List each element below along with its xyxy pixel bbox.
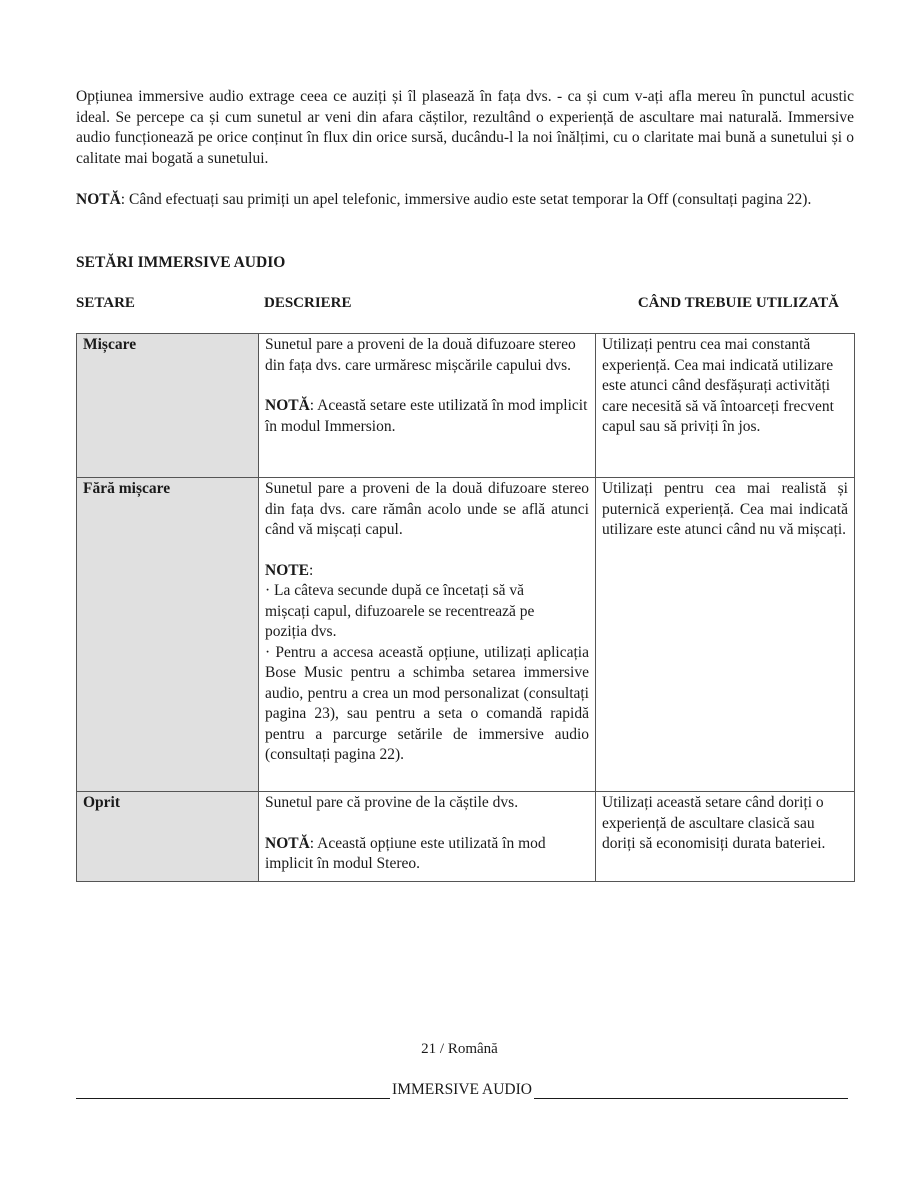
description-text: Sunetul pare a proveni de la două difuzo… [265, 335, 589, 376]
note-bullet: · La câteva secunde după ce încetați să … [265, 581, 589, 643]
table-row-off: Oprit Sunetul pare că provine de la cășt… [77, 792, 855, 882]
note-text: : Când efectuați sau primiți un apel tel… [121, 191, 812, 208]
setting-description: Sunetul pare că provine de la căștile dv… [259, 792, 596, 882]
setting-name: Mișcare [77, 334, 259, 478]
setting-when-to-use: Utilizați această setare când doriți o e… [596, 792, 855, 882]
footer-rule-left [76, 1084, 390, 1099]
note-bullet: · Pentru a accesa această opțiune, utili… [265, 643, 589, 766]
table-row-motion: Mișcare Sunetul pare a proveni de la dou… [77, 334, 855, 478]
note-label: NOTĂ [76, 191, 121, 208]
section-title: SETĂRI IMMERSIVE AUDIO [76, 253, 285, 273]
setting-description: Sunetul pare a proveni de la două difuzo… [259, 334, 596, 478]
description-note: NOTĂ: Această opțiune este utilizată în … [265, 834, 589, 875]
description-note-label: NOTĂ [265, 397, 310, 414]
page-number: 21 / Română [0, 1041, 919, 1058]
column-header-description: DESCRIERE [264, 293, 352, 313]
table-row-no-motion: Fără mișcare Sunetul pare a proveni de l… [77, 478, 855, 792]
footer-rule-right [534, 1084, 848, 1099]
phone-call-note: NOTĂ: Când efectuați sau primiți un apel… [76, 190, 854, 211]
immersive-audio-settings-table: Mișcare Sunetul pare a proveni de la dou… [76, 333, 855, 882]
description-text: Sunetul pare că provine de la căștile dv… [265, 793, 589, 814]
description-note-text: : Această setare este utilizată în mod i… [265, 397, 587, 435]
setting-description: Sunetul pare a proveni de la două difuzo… [259, 478, 596, 792]
description-note-label: NOTE [265, 562, 309, 579]
footer-section-bar: IMMERSIVE AUDIO [76, 1081, 848, 1099]
description-note: NOTE: [265, 561, 589, 582]
setting-name: Oprit [77, 792, 259, 882]
description-note-label: NOTĂ [265, 835, 310, 852]
description-text: Sunetul pare a proveni de la două difuzo… [265, 479, 589, 541]
description-note-text: : [309, 562, 313, 579]
description-note: NOTĂ: Această setare este utilizată în m… [265, 396, 589, 437]
column-header-setting: SETARE [76, 293, 135, 313]
setting-when-to-use: Utilizați pentru cea mai realistă și put… [596, 478, 855, 792]
setting-when-to-use: Utilizați pentru cea mai constantă exper… [596, 334, 855, 478]
setting-name: Fără mișcare [77, 478, 259, 792]
column-header-when-to-use: CÂND TREBUIE UTILIZATĂ [638, 293, 839, 313]
intro-paragraph: Opțiunea immersive audio extrage ceea ce… [76, 87, 854, 169]
footer-section-label: IMMERSIVE AUDIO [390, 1081, 534, 1099]
